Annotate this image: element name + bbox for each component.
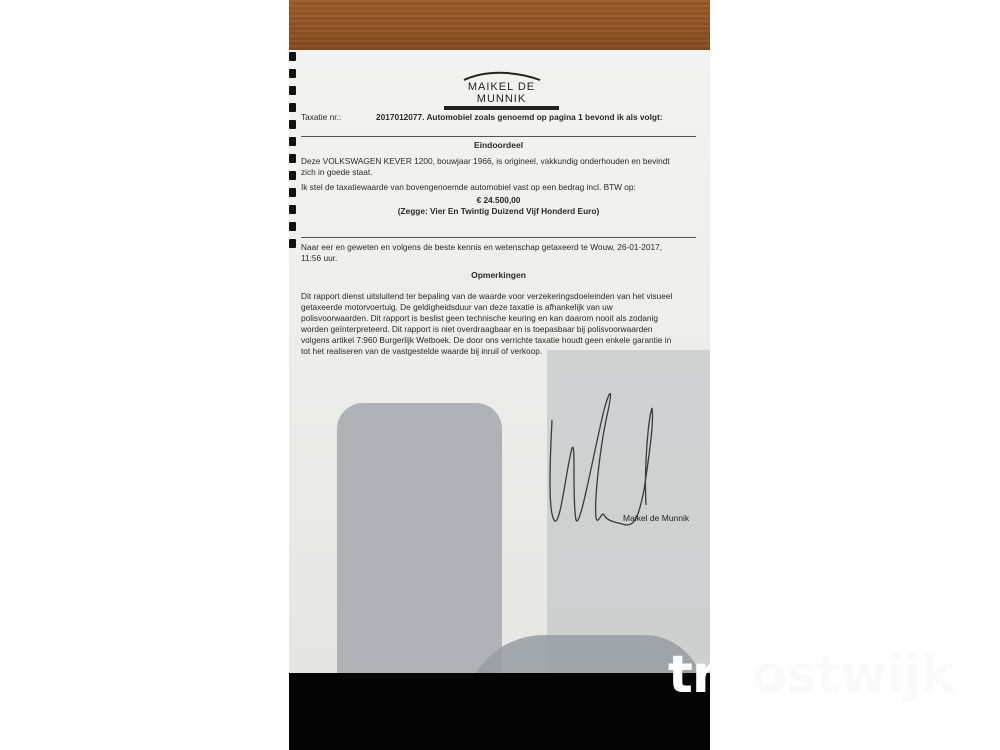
signature — [544, 380, 664, 530]
remark-line: Dit rapport dienst uitsluitend ter bepal… — [301, 291, 696, 302]
valuation-amount-words: (Zegge: Vier En Twintig Duizend Vijf Hon… — [301, 206, 696, 217]
statement-section: Naar eer en geweten en volgens de beste … — [301, 242, 696, 281]
spiral-binding — [289, 52, 299, 262]
remark-line: worden geïnterpreteerd. Dit rapport is n… — [301, 324, 696, 335]
eindoordeel-title: Eindoordeel — [301, 140, 696, 151]
valuation-amount: € 24.500,00 — [301, 195, 696, 206]
divider — [301, 136, 696, 137]
opmerkingen-title: Opmerkingen — [301, 270, 696, 281]
watermark-logo: troostwijk — [668, 645, 954, 705]
remark-line: polisvoorwaarden. Dit rapport is beslist… — [301, 313, 696, 324]
remark-line: volgens artikel 7:960 Burgerlijk Wetboek… — [301, 335, 696, 346]
taxatie-value: 2017012077. Automobiel zoals genoemd op … — [376, 112, 662, 122]
remark-line: tot het realiseren van de vastgestelde w… — [301, 346, 696, 357]
company-logo: MAIKEL DE MUNNIK — [444, 71, 559, 110]
taxatie-label: Taxatie nr.: — [301, 112, 376, 122]
statement-time: 11:56 uur. — [301, 253, 696, 264]
divider — [301, 237, 696, 238]
car-silhouette-icon — [462, 71, 542, 81]
document-photo: MAIKEL DE MUNNIK Taxatie nr.: 2017012077… — [289, 0, 710, 750]
eindoordeel-section: Eindoordeel Deze VOLKSWAGEN KEVER 1200, … — [301, 140, 696, 217]
dark-floor — [289, 673, 710, 750]
watermark-visible: tro — [668, 645, 751, 705]
logo-brand: MAIKEL DE MUNNIK — [444, 81, 559, 105]
valuation-statement: Ik stel de taxatiewaarde van bovengenoem… — [301, 182, 696, 193]
signer-name: Maikel de Munnik — [623, 513, 689, 523]
vehicle-condition: zich in goede staat. — [301, 167, 696, 178]
wooden-table — [289, 0, 710, 52]
opmerkingen-body: Dit rapport dienst uitsluitend ter bepal… — [301, 291, 696, 357]
watermark-faint: ostwijk — [751, 645, 954, 705]
vehicle-description: Deze VOLKSWAGEN KEVER 1200, bouwjaar 196… — [301, 156, 696, 167]
statement-line: Naar eer en geweten en volgens de beste … — [301, 242, 696, 253]
taxatie-row: Taxatie nr.: 2017012077. Automobiel zoal… — [301, 112, 696, 122]
logo-underline — [444, 106, 559, 110]
remark-line: getaxeerde motorvoertuig. De geldigheids… — [301, 302, 696, 313]
